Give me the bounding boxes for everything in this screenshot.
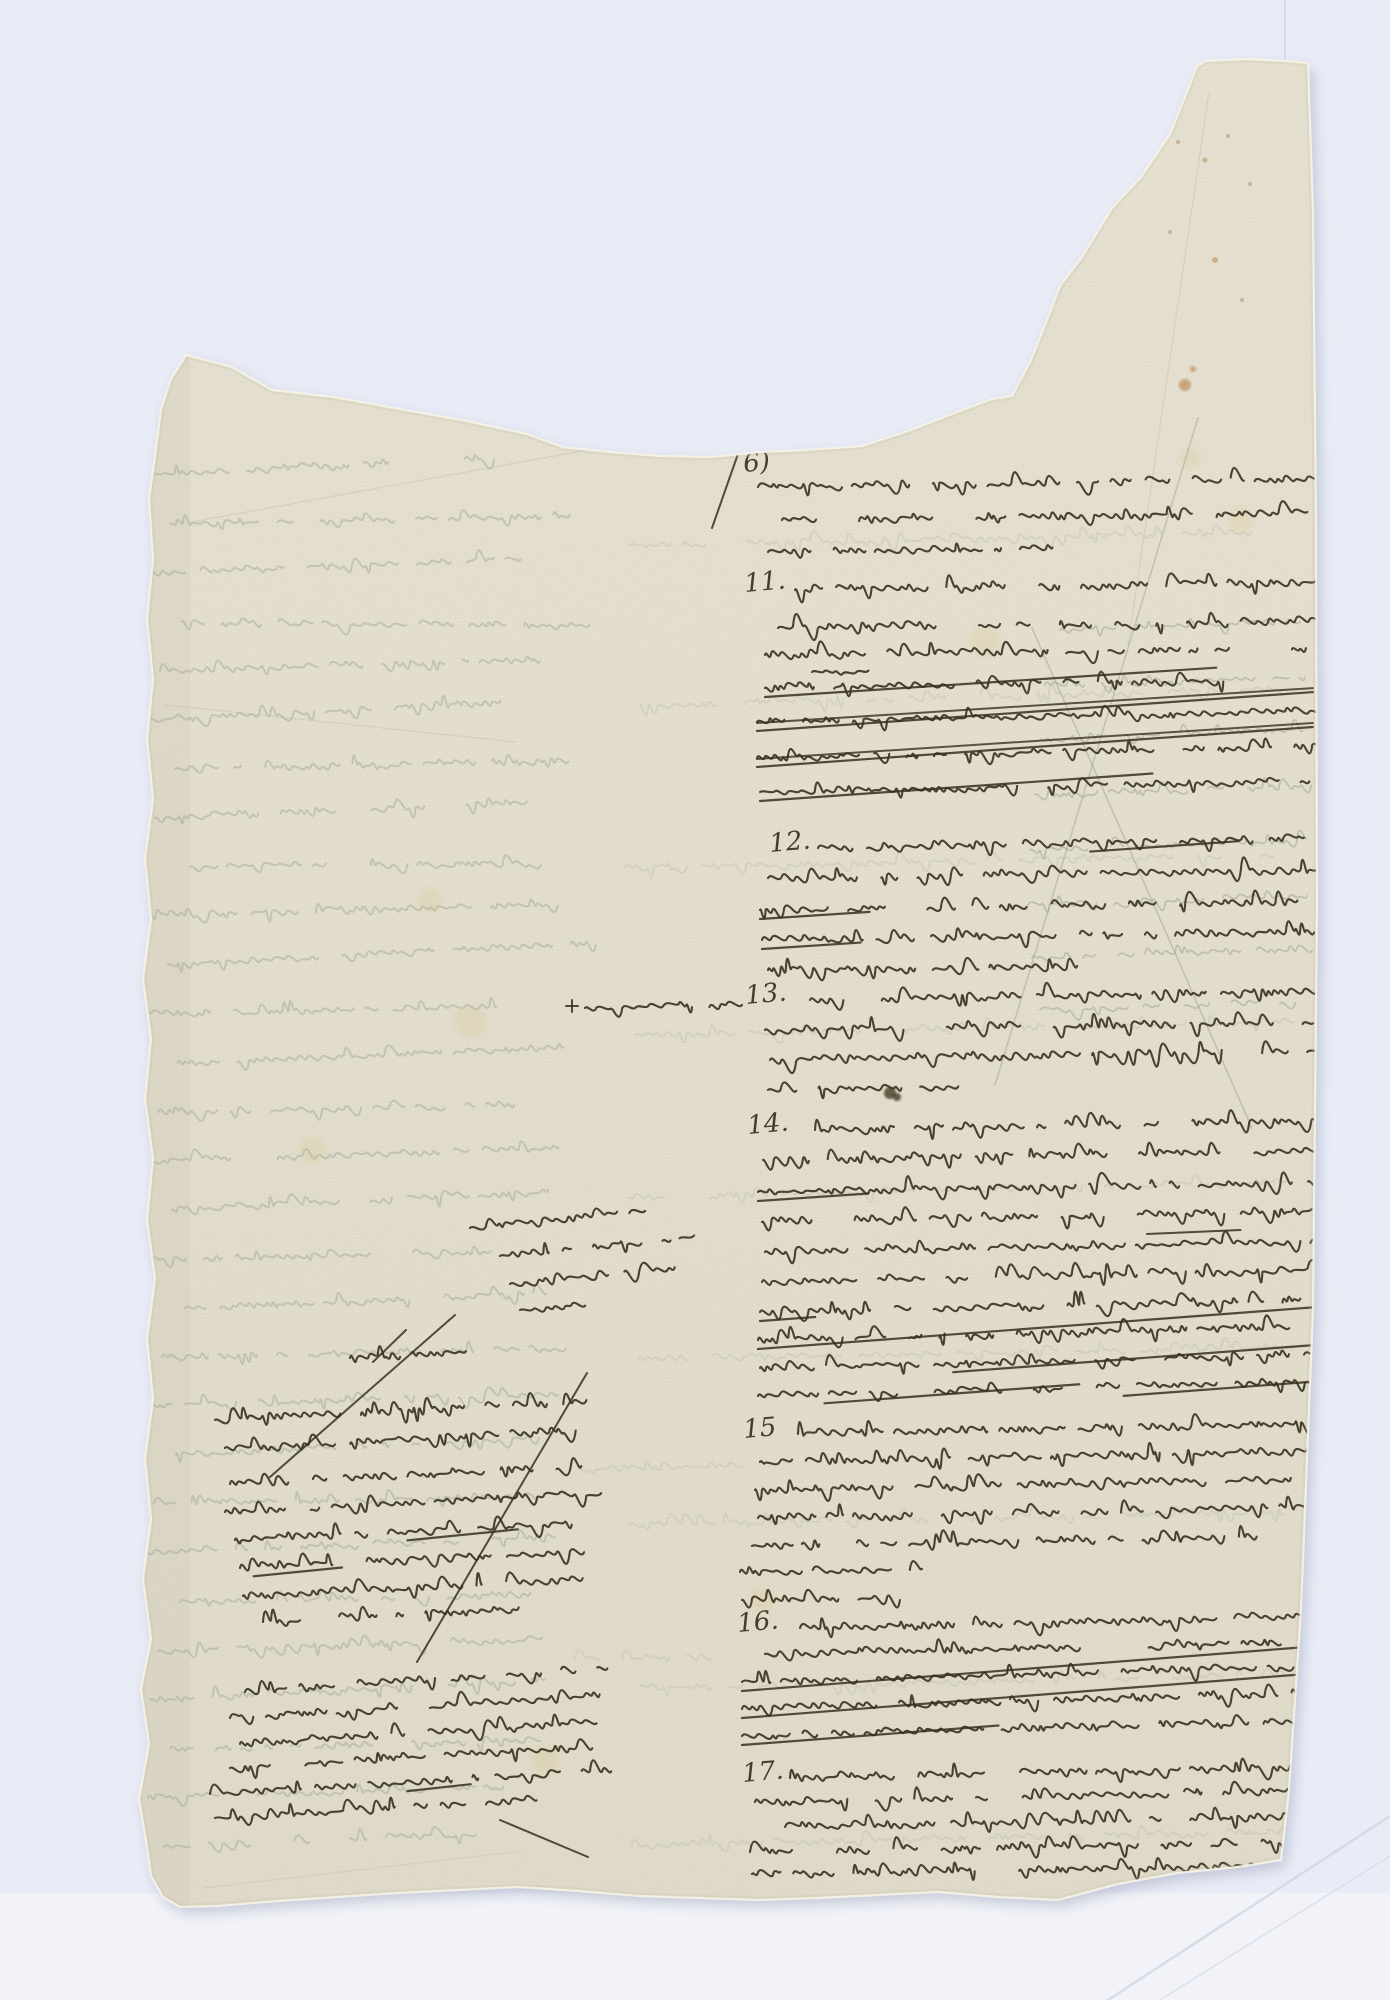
backing-sheet-bottom (0, 1893, 1390, 2000)
paragraph-number: 13. (744, 977, 788, 1010)
paragraph-number: 17. (741, 1755, 785, 1788)
manuscript-scan-page: 6)11.12.13.14.1516.17. (0, 0, 1390, 2000)
paragraph-number: 15 (742, 1412, 778, 1445)
paragraph-number: 14. (746, 1107, 790, 1140)
manuscript-scan-image: 6)11.12.13.14.1516.17. (0, 0, 1390, 2000)
paragraph-number: 16. (736, 1605, 780, 1638)
paragraph-number: 12. (768, 825, 812, 858)
paragraph-number: 11. (743, 565, 787, 598)
